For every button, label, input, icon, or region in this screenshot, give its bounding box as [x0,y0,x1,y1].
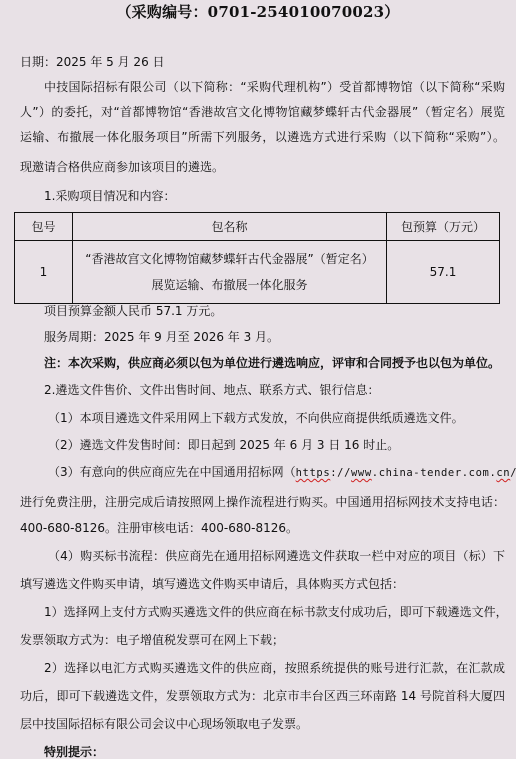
purchase-method-2-line-1: 2）选择以电汇方式购买遴选文件的供应商，按照系统提供的账号进行汇款，在汇款成 [44,659,505,677]
table-row: 1 “香港故宫文化博物馆藏梦蝶轩古代金器展”（暂定名）展览运输、布撤展一体化服务… [15,241,500,304]
intro-paragraph-line-4: 现邀请合格供应商参加该项目的遴选。 [20,158,224,176]
column-header-package-budget: 包预算（万元） [387,213,500,241]
section-2-item-3-line-3: 400-680-8126。注册审核电话：400-680-8126。 [20,519,298,537]
purchase-method-1-line-2: 发票领取方式为：电子增值税发票可在网上下载； [20,631,284,649]
budget-amount-line: 项目预算金额人民币 57.1 万元。 [44,302,222,320]
procurement-number-title: （采购编号：0701-254010070023） [0,1,516,23]
table-header-row: 包号 包名称 包预算（万元） [15,213,500,241]
section-2-item-3-line-2: 进行免费注册，注册完成后请按照网上操作流程进行购买。中国通用招标网技术支持电话： [20,493,505,511]
announcement-date: 日期：2025 年 5 月 26 日 [20,53,165,71]
special-notice-heading: 特别提示： [44,743,104,759]
item-3-prefix: （3）有意向的供应商应先在中国通用招标网（ [48,465,296,479]
section-2-heading: 2.遴选文件售价、文件出售时间、地点、联系方式、银行信息： [44,381,379,399]
service-period-line: 服务周期：2025 年 9 月至 2026 年 3 月。 [44,328,279,346]
intro-paragraph-line-1: 中技国际招标有限公司（以下简称：“采购代理机构”）受首都博物馆（以下简称“采购 [44,78,505,96]
purchase-method-2-line-3: 层中技国际招标有限公司会议中心现场领取电子发票。 [20,715,308,733]
package-table: 包号 包名称 包预算（万元） 1 “香港故宫文化博物馆藏梦蝶轩古代金器展”（暂定… [14,212,500,304]
section-2-item-4-line-2: 填写遴选文件购买申请，填写遴选文件购买申请后，具体购买方式包括： [20,575,404,593]
cell-package-name: “香港故宫文化博物馆藏梦蝶轩古代金器展”（暂定名）展览运输、布撤展一体化服务 [73,241,387,304]
column-header-package-no: 包号 [15,213,73,241]
section-2-item-4-line-1: （4）购买标书流程：供应商先在通用招标网遴选文件获取一栏中对应的项目（标）下 [48,547,505,565]
china-tender-link[interactable]: https://www.china-tender.com.cn/ [296,467,516,479]
purchase-method-2-line-2: 功后，即可下载遴选文件，发票领取方式为：北京市丰台区西三环南路 14 号院首科大… [20,687,505,705]
cell-package-budget: 57.1 [387,241,500,304]
section-2-item-3-line-1: （3）有意向的供应商应先在中国通用招标网（https://www.china-t… [48,463,516,482]
column-header-package-name: 包名称 [73,213,387,241]
section-1-heading: 1.采购项目情况和内容： [44,187,175,205]
intro-paragraph-line-2: 人”）的委托，对“首都博物馆“香港故宫文化博物馆藏梦蝶轩古代金器展”（暂定名）展… [20,103,505,121]
procurement-note: 注：本次采购，供应商必须以包为单位进行遴选响应，评审和合同授予也以包为单位。 [44,354,500,372]
cell-package-no: 1 [15,241,73,304]
intro-paragraph-line-3: 运输、布撤展一体化服务项目”所需下列服务，以遴选方式进行采购（以下简称“采购”）… [20,128,505,146]
section-2-item-2: （2）遴选文件发售时间：即日起到 2025 年 6 月 3 日 16 时止。 [48,436,399,454]
purchase-method-1-line-1: 1）选择网上支付方式购买遴选文件的供应商在标书款支付成功后，即可下载遴选文件， [44,603,505,621]
section-2-item-1: （1）本项目遴选文件采用网上下载方式发放，不向供应商提供纸质遴选文件。 [48,409,464,427]
